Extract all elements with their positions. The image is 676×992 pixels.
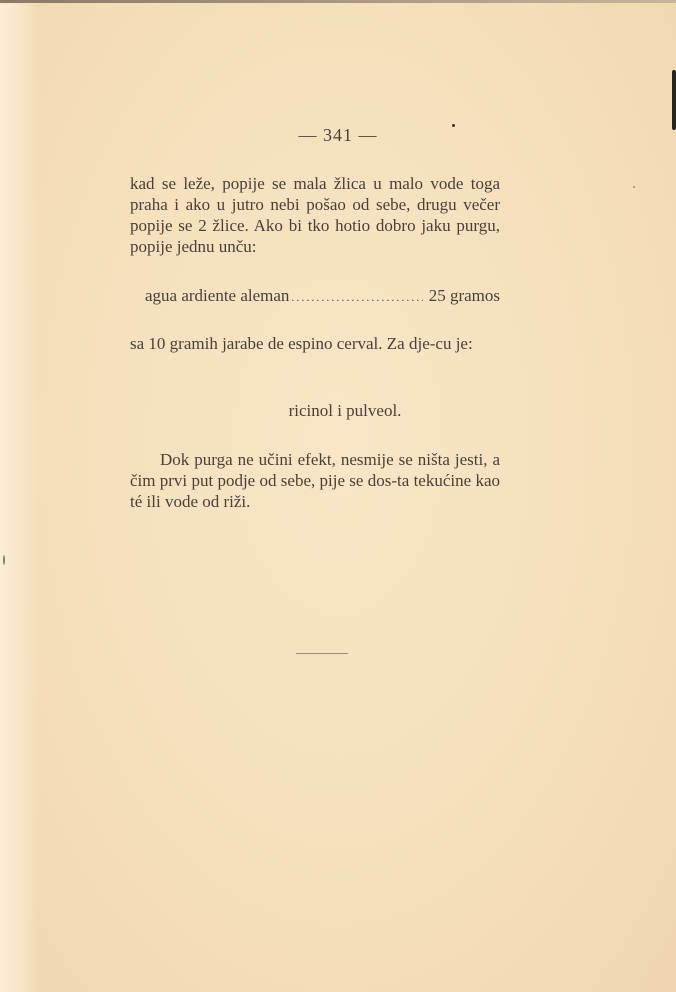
- recipe-ingredient: agua ardiente aleman: [145, 286, 289, 306]
- paper-speck: [3, 555, 5, 565]
- paragraph-instructions: Dok purga ne učini efekt, nesmije se niš…: [130, 449, 500, 512]
- paragraph-dosage: sa 10 gramih jarabe de espino cerval. Za…: [130, 333, 500, 354]
- book-page: — 341 — kad se leže, popije se mala žlic…: [0, 0, 676, 992]
- end-rule: [296, 653, 348, 654]
- children-remedy: ricinol i pulveol.: [0, 401, 676, 421]
- recipe-line: agua ardiente aleman ...................…: [145, 286, 500, 306]
- page-top-edge: [0, 0, 676, 3]
- dot-leader: ...........................: [291, 290, 422, 305]
- paper-speck: [452, 124, 455, 127]
- page-number: — 341 —: [0, 125, 676, 146]
- paragraph-intro: kad se leže, popije se mala žlica u malo…: [130, 173, 500, 257]
- page-left-edge: [0, 0, 40, 992]
- recipe-amount: 25 gramos: [429, 286, 500, 306]
- paper-speck: [633, 186, 635, 188]
- binding-shadow: [672, 70, 676, 130]
